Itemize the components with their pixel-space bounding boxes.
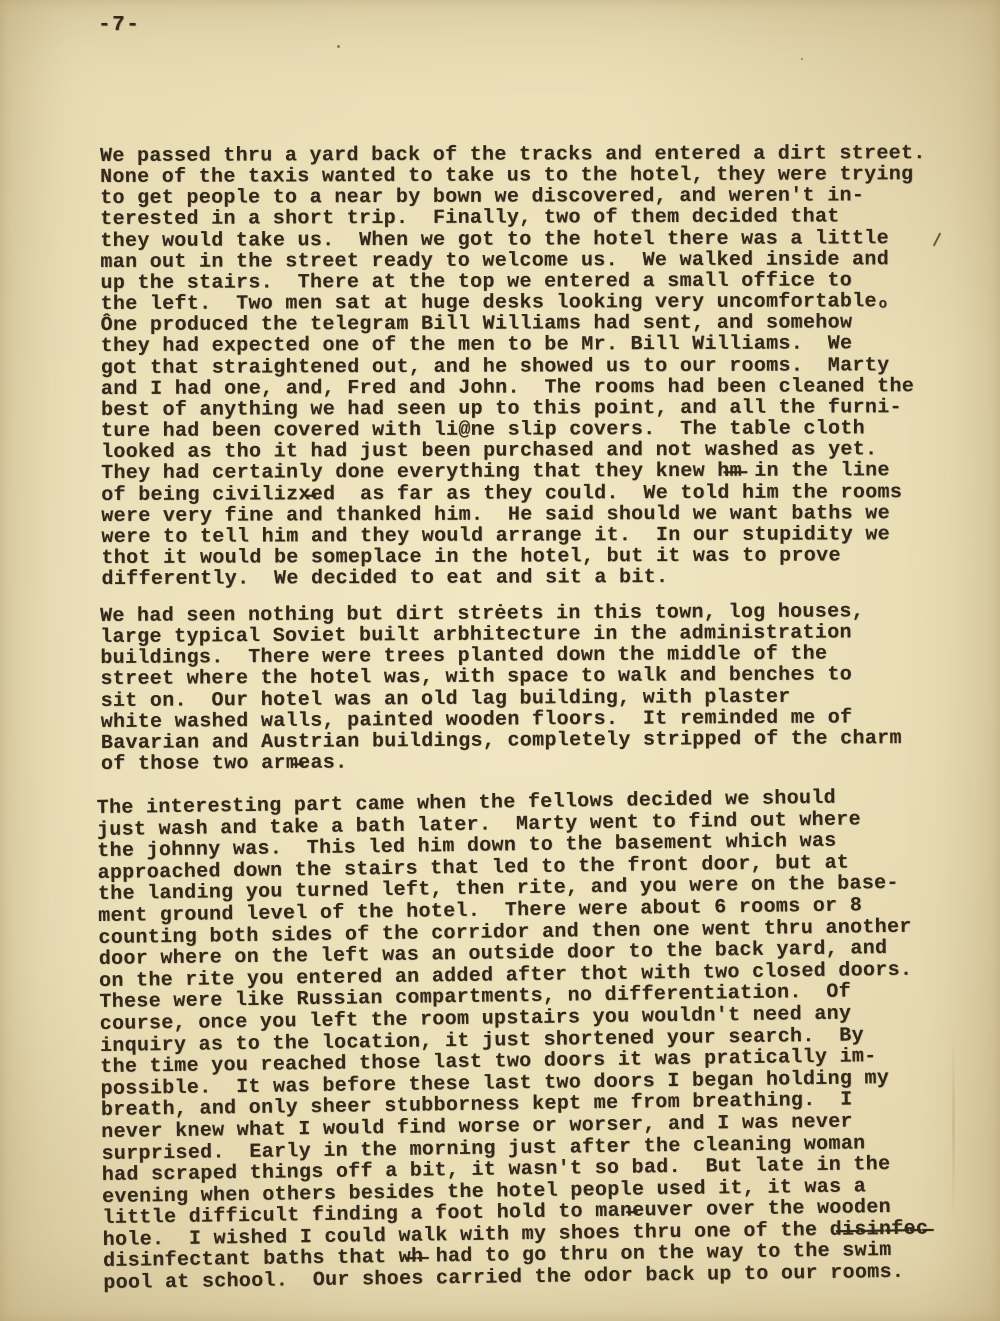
- paper-crease: [952, 1030, 955, 1220]
- ink-speck: [337, 45, 340, 48]
- typewritten-page: -7- We passed thru a yard back of the tr…: [0, 0, 1000, 1321]
- ink-speck: [801, 58, 803, 60]
- ink-speck: [874, 369, 876, 371]
- text-line: Bavarian and Austrian buildings, complet…: [101, 728, 902, 754]
- paragraph-1: We passed thru a yard back of the tracks…: [100, 143, 927, 590]
- pen-mark: [933, 232, 942, 246]
- text-line: differently. We decided to eat and sit a…: [101, 566, 927, 590]
- text-line: of those two arm̶eas.: [101, 749, 902, 775]
- text-line: thot it would be someplace in the hotel,…: [101, 545, 927, 569]
- page-number: -7-: [98, 14, 140, 37]
- paragraph-2: We had seen nothing but dirt strėets in …: [100, 601, 902, 775]
- paragraph-3: The interesting part came when the fello…: [97, 786, 929, 1294]
